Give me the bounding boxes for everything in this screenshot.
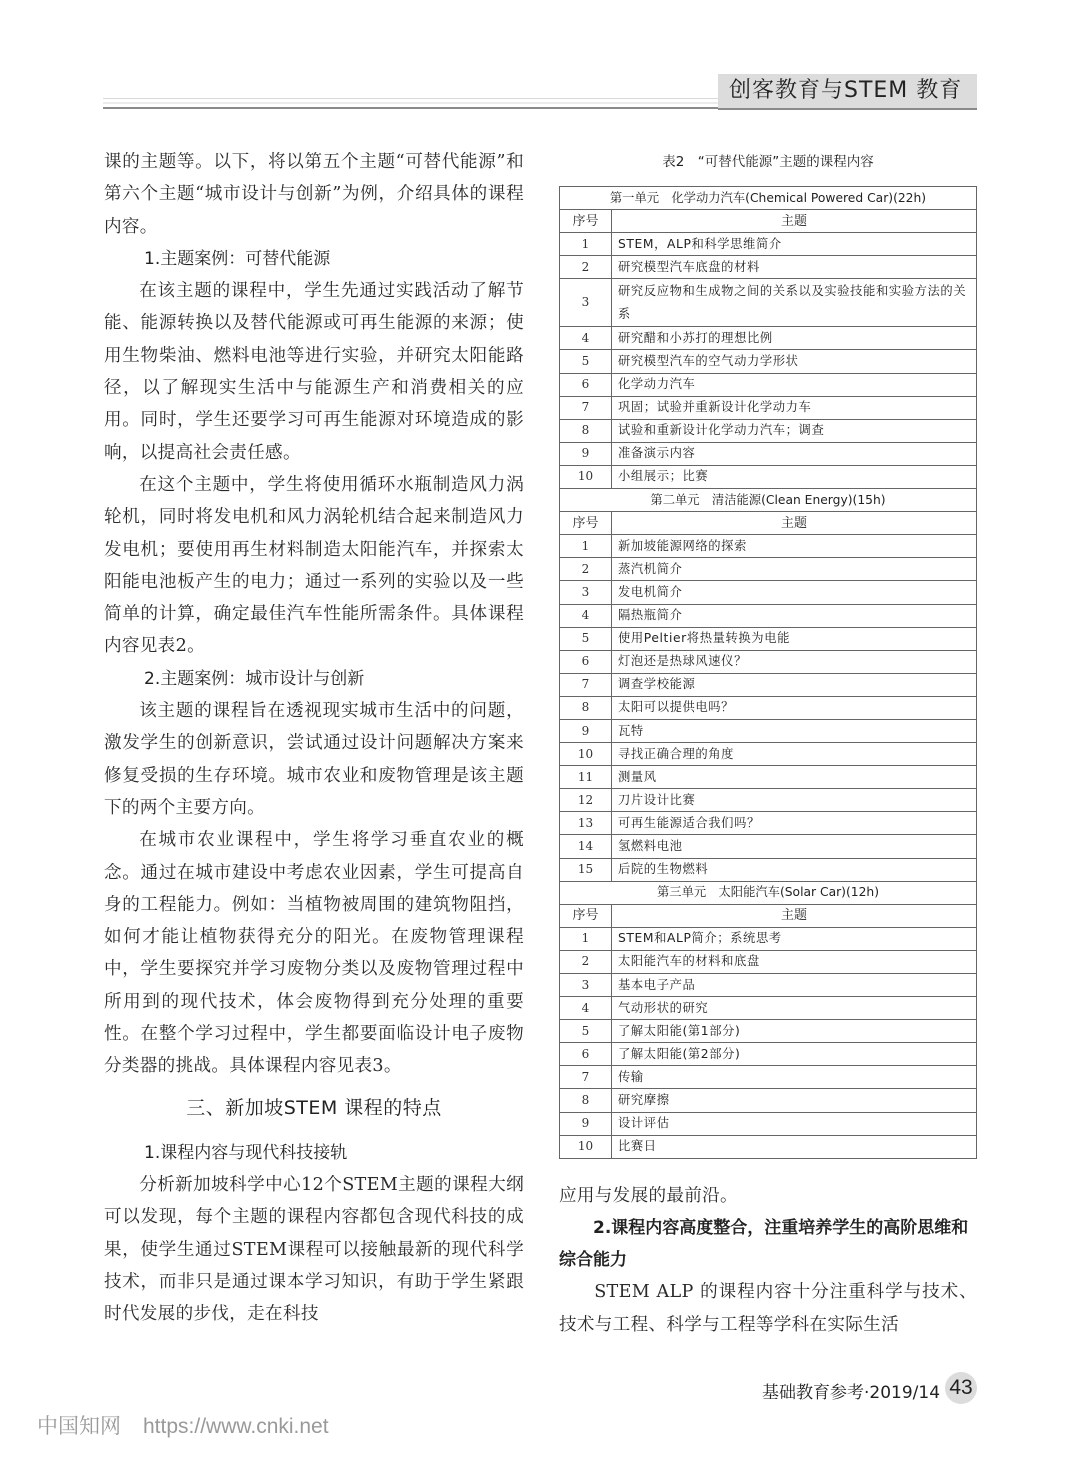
row-number: 8 (560, 419, 612, 442)
table-row: 5使用Peltier将热量转换为电能 (560, 627, 977, 650)
table-row: 7调查学校能源 (560, 673, 977, 696)
watermark: 中国知网https://www.cnki.net (37, 1410, 329, 1440)
row-number: 9 (560, 1112, 612, 1135)
table-row: 1新加坡能源网络的探索 (560, 535, 977, 558)
subheading-case-1: 1.主题案例：可替代能源 (104, 243, 524, 275)
table-row: 10小组展示；比赛 (560, 465, 977, 488)
unit-title-row: 第三单元 太阳能汽车(Solar Car)(12h) (560, 881, 977, 904)
table-row: 4隔热瓶简介 (560, 604, 977, 627)
table-row: 1STEM和ALP简介；系统思考 (560, 927, 977, 950)
row-number: 10 (560, 1135, 612, 1158)
unit-title: 第三单元 太阳能汽车(Solar Car)(12h) (560, 881, 977, 904)
row-topic: 瓦特 (612, 719, 977, 742)
table-row: 6了解太阳能(第2部分) (560, 1043, 977, 1066)
row-topic: 设计评估 (612, 1112, 977, 1135)
table-row: 10比赛日 (560, 1135, 977, 1158)
unit-title: 第二单元 清洁能源(Clean Energy)(15h) (560, 489, 977, 512)
table-row: 6灯泡还是热球风速仪？ (560, 650, 977, 673)
row-topic: STEM，ALP和科学思维简介 (612, 233, 977, 256)
section-header: 创客教育与STEM 教育 (718, 74, 977, 110)
table-caption: 表2 “可替代能源”主题的课程内容 (560, 150, 976, 170)
watermark-site-name: 中国知网 (37, 1415, 121, 1438)
unit-title-row: 第一单元 化学动力汽车(Chemical Powered Car)(22h) (560, 187, 977, 210)
row-number: 13 (560, 812, 612, 835)
row-topic: 气动形状的研究 (612, 997, 977, 1020)
table-row: 8太阳可以提供电吗？ (560, 696, 977, 719)
row-number: 2 (560, 950, 612, 973)
row-number: 5 (560, 627, 612, 650)
row-topic: 小组展示；比赛 (612, 465, 977, 488)
row-number: 3 (560, 974, 612, 997)
table-header-row: 序号主题 (560, 512, 977, 535)
row-topic: 太阳可以提供电吗？ (612, 696, 977, 719)
row-topic: 研究模型汽车的空气动力学形状 (612, 350, 977, 373)
table-row: 9瓦特 (560, 719, 977, 742)
row-topic: 可再生能源适合我们吗？ (612, 812, 977, 835)
table-row: 10寻找正确合理的角度 (560, 743, 977, 766)
row-topic: 发电机简介 (612, 581, 977, 604)
row-number: 9 (560, 719, 612, 742)
page-number: 43 (945, 1372, 977, 1404)
row-topic: 后院的生物燃料 (612, 858, 977, 881)
column-header-number: 序号 (560, 904, 612, 927)
row-number: 8 (560, 1089, 612, 1112)
course-content-table: 第一单元 化学动力汽车(Chemical Powered Car)(22h)序号… (559, 186, 977, 1159)
row-topic: 氢燃料电池 (612, 835, 977, 858)
row-number: 3 (560, 279, 612, 327)
row-number: 8 (560, 696, 612, 719)
row-topic: 比赛日 (612, 1135, 977, 1158)
table-row: 12刀片设计比赛 (560, 789, 977, 812)
table-row: 9准备演示内容 (560, 442, 977, 465)
table-row: 3发电机简介 (560, 581, 977, 604)
row-number: 6 (560, 1043, 612, 1066)
row-topic: 准备演示内容 (612, 442, 977, 465)
table-row: 7巩固；试验并重新设计化学动力车 (560, 396, 977, 419)
watermark-url[interactable]: https://www.cnki.net (143, 1415, 329, 1438)
row-topic: 了解太阳能(第1部分) (612, 1020, 977, 1043)
row-number: 1 (560, 927, 612, 950)
table-row: 9设计评估 (560, 1112, 977, 1135)
row-topic: 研究摩擦 (612, 1089, 977, 1112)
row-number: 7 (560, 396, 612, 419)
table-header-row: 序号主题 (560, 904, 977, 927)
row-topic: 灯泡还是热球风速仪？ (612, 650, 977, 673)
header-rule (103, 98, 728, 110)
table-row: 1STEM，ALP和科学思维简介 (560, 233, 977, 256)
row-topic: 蒸汽机简介 (612, 558, 977, 581)
row-topic: 了解太阳能(第2部分) (612, 1043, 977, 1066)
row-number: 1 (560, 535, 612, 558)
table-header-row: 序号主题 (560, 210, 977, 233)
table-row: 7传输 (560, 1066, 977, 1089)
paragraph: 分析新加坡科学中心12个STEM主题的课程大纲可以发现，每个主题的课程内容都包含… (104, 1169, 524, 1330)
table-row: 5了解太阳能(第1部分) (560, 1020, 977, 1043)
row-number: 9 (560, 442, 612, 465)
row-topic: 化学动力汽车 (612, 373, 977, 396)
paragraph: 在这个主题中，学生将使用循环水瓶制造风力涡轮机，同时将发电机和风力涡轮机结合起来… (104, 469, 524, 663)
table-row: 8试验和重新设计化学动力汽车；调查 (560, 419, 977, 442)
row-number: 7 (560, 673, 612, 696)
row-topic: 研究模型汽车底盘的材料 (612, 256, 977, 279)
unit-title-row: 第二单元 清洁能源(Clean Energy)(15h) (560, 489, 977, 512)
row-number: 4 (560, 997, 612, 1020)
table-row: 11测量风 (560, 766, 977, 789)
row-number: 10 (560, 743, 612, 766)
row-number: 7 (560, 1066, 612, 1089)
table-row: 2蒸汽机简介 (560, 558, 977, 581)
row-number: 6 (560, 373, 612, 396)
row-number: 5 (560, 1020, 612, 1043)
unit-title: 第一单元 化学动力汽车(Chemical Powered Car)(22h) (560, 187, 977, 210)
subheading-case-2: 2.主题案例：城市设计与创新 (104, 663, 524, 695)
row-topic: 刀片设计比赛 (612, 789, 977, 812)
row-number: 6 (560, 650, 612, 673)
row-topic: 寻找正确合理的角度 (612, 743, 977, 766)
row-topic: 研究醋和小苏打的理想比例 (612, 327, 977, 350)
table-row: 2研究模型汽车底盘的材料 (560, 256, 977, 279)
paragraph: 在该主题的课程中，学生先通过实践活动了解节能、能源转换以及替代能源或可再生能源的… (104, 275, 524, 469)
row-number: 2 (560, 558, 612, 581)
subheading-feature-1: 1.课程内容与现代科技接轨 (104, 1137, 524, 1169)
table-row: 15后院的生物燃料 (560, 858, 977, 881)
table-row: 3基本电子产品 (560, 974, 977, 997)
table-row: 8研究摩擦 (560, 1089, 977, 1112)
column-header-number: 序号 (560, 512, 612, 535)
row-topic: 研究反应物和生成物之间的关系以及实验技能和实验方法的关系 (612, 279, 977, 327)
table-row: 4研究醋和小苏打的理想比例 (560, 327, 977, 350)
paragraph: 课的主题等。以下，将以第五个主题“可替代能源”和第六个主题“城市设计与创新”为例… (104, 146, 524, 243)
row-topic: STEM和ALP简介；系统思考 (612, 927, 977, 950)
subheading-feature-2: 2.课程内容高度整合，注重培养学生的高阶思维和综合能力 (559, 1212, 977, 1276)
column-header-topic: 主题 (612, 904, 977, 927)
row-number: 2 (560, 256, 612, 279)
row-topic: 使用Peltier将热量转换为电能 (612, 627, 977, 650)
row-topic: 试验和重新设计化学动力汽车；调查 (612, 419, 977, 442)
table-row: 5研究模型汽车的空气动力学形状 (560, 350, 977, 373)
paragraph: 在城市农业课程中，学生将学习垂直农业的概念。通过在城市建设中考虑农业因素，学生可… (104, 824, 524, 1082)
paragraph: 该主题的课程旨在透视现实城市生活中的问题，激发学生的创新意识，尝试通过设计问题解… (104, 695, 524, 824)
row-number: 4 (560, 327, 612, 350)
row-number: 3 (560, 581, 612, 604)
column-header-number: 序号 (560, 210, 612, 233)
table-row: 3研究反应物和生成物之间的关系以及实验技能和实验方法的关系 (560, 279, 977, 327)
row-number: 1 (560, 233, 612, 256)
left-column: 课的主题等。以下，将以第五个主题“可替代能源”和第六个主题“城市设计与创新”为例… (104, 146, 524, 1330)
row-number: 12 (560, 789, 612, 812)
table-row: 14氢燃料电池 (560, 835, 977, 858)
row-number: 5 (560, 350, 612, 373)
row-topic: 隔热瓶简介 (612, 604, 977, 627)
row-number: 14 (560, 835, 612, 858)
journal-footer: 基础教育参考·2019/14 (762, 1378, 940, 1403)
row-number: 15 (560, 858, 612, 881)
paragraph: STEM ALP 的课程内容十分注重科学与技术、技术与工程、科学与工程等学科在实… (559, 1276, 977, 1341)
row-topic: 新加坡能源网络的探索 (612, 535, 977, 558)
table-row: 2太阳能汽车的材料和底盘 (560, 950, 977, 973)
row-topic: 太阳能汽车的材料和底盘 (612, 950, 977, 973)
row-topic: 调查学校能源 (612, 673, 977, 696)
table-row: 4气动形状的研究 (560, 997, 977, 1020)
section-heading: 三、新加坡STEM 课程的特点 (104, 1093, 524, 1123)
column-header-topic: 主题 (612, 210, 977, 233)
row-topic: 测量风 (612, 766, 977, 789)
row-number: 4 (560, 604, 612, 627)
row-topic: 巩固；试验并重新设计化学动力车 (612, 396, 977, 419)
right-column: 应用与发展的最前沿。 2.课程内容高度整合，注重培养学生的高阶思维和综合能力 S… (559, 1180, 977, 1341)
table-row: 13可再生能源适合我们吗？ (560, 812, 977, 835)
table-row: 6化学动力汽车 (560, 373, 977, 396)
row-topic: 基本电子产品 (612, 974, 977, 997)
row-number: 10 (560, 465, 612, 488)
row-topic: 传输 (612, 1066, 977, 1089)
column-header-topic: 主题 (612, 512, 977, 535)
paragraph: 应用与发展的最前沿。 (559, 1180, 977, 1212)
row-number: 11 (560, 766, 612, 789)
